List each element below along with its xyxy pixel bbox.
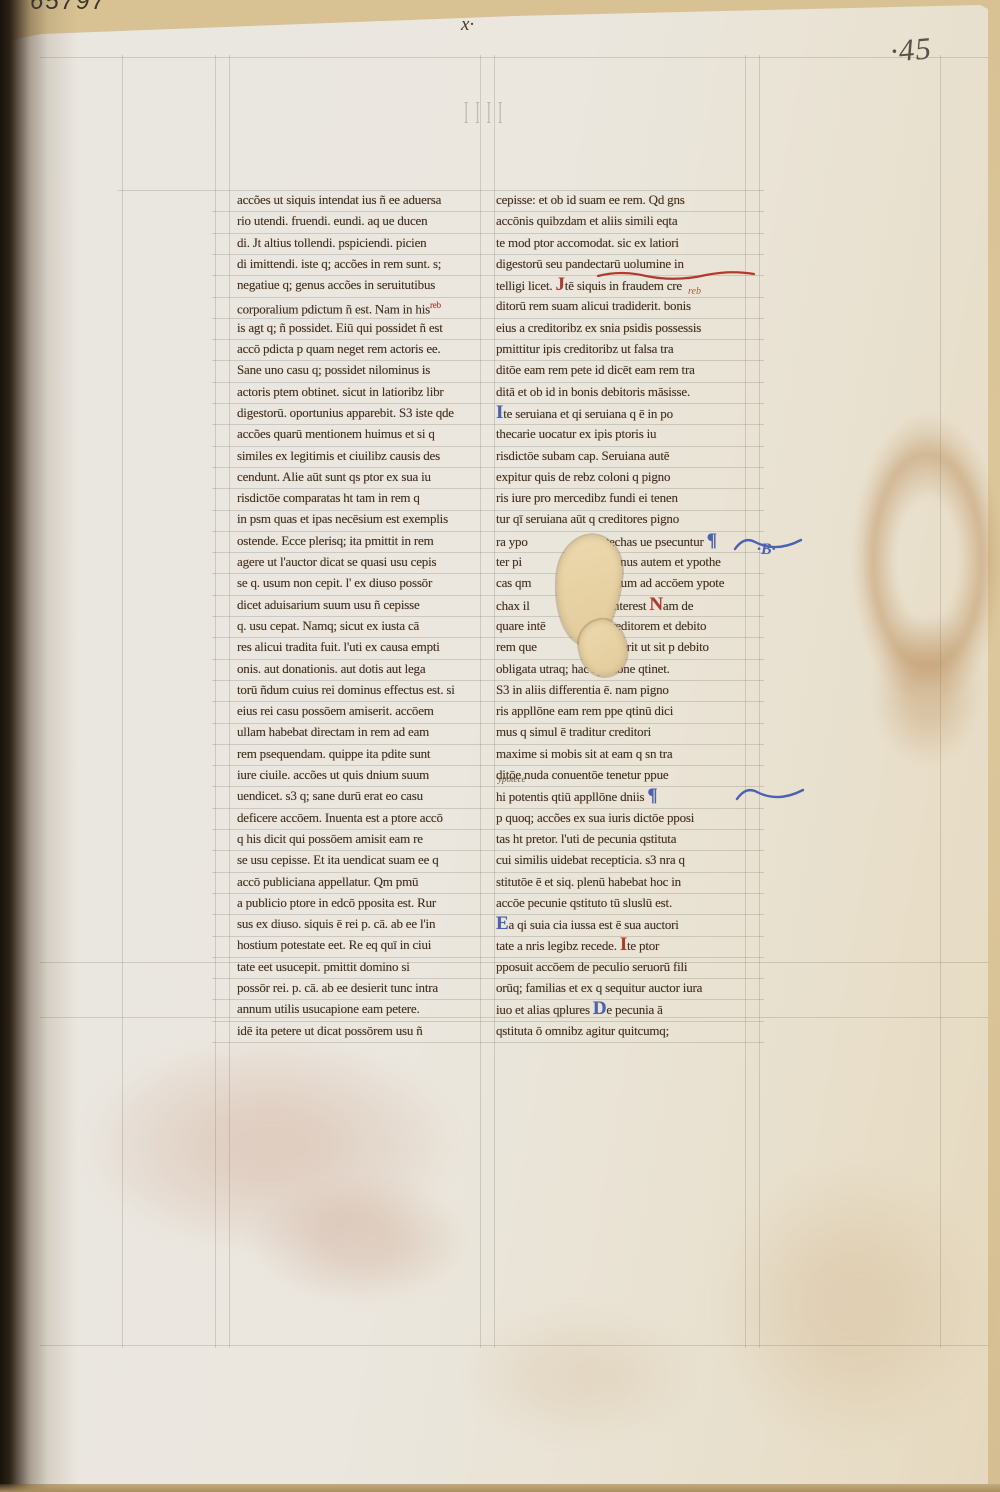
- text-line: possōr rei. p. cā. ab ee desierit tunc i…: [237, 977, 485, 998]
- text-line: hostium potestate eet. Re eq quī in ciui: [237, 934, 485, 955]
- text-line: tate eet usucepit. pmittit domino si: [237, 956, 485, 977]
- quire-number: IIII: [464, 94, 509, 132]
- text-line: idē ita petere ut dicat possōrem usu ñ: [237, 1020, 485, 1041]
- text-line: thecarie uocatur ex ipis ptoris iu: [496, 423, 752, 444]
- text-line: accōnis quibzdam et aliis simili eqta: [496, 210, 752, 231]
- text-line: expitur quis de rebz coloni q pigno: [496, 466, 752, 487]
- text-line: negatiue q; genus accões in seruitutibus: [237, 274, 485, 295]
- text-line: eius a creditoribz ex snia psidis posses…: [496, 317, 752, 338]
- text-line: in psm quas et ipas necēsium est exempli…: [237, 508, 485, 529]
- text-line: torū ñdum cuius rei dominus effectus est…: [237, 679, 485, 700]
- text-line: accōe pecunie qstituto tū sluslū est.: [496, 892, 752, 913]
- text-line: pmittitur ipis creditoribz ut falsa tra: [496, 338, 752, 359]
- rule-line: [40, 1345, 988, 1346]
- text-line: deficere accōem. Inuenta est a ptore acc…: [237, 807, 485, 828]
- text-line: Sane uno casu q; possidet nilominus is: [237, 359, 485, 380]
- text-line: risdictōe comparatas ht tam in rem q: [237, 487, 485, 508]
- text-line: di imittendi. iste q; accões in rem sunt…: [237, 253, 485, 274]
- text-line: qstituta ō omnibz agitur quitcumq;: [496, 1020, 752, 1041]
- rule-line: [122, 55, 123, 1348]
- text-line: se usu cepisse. Et ita uendicat suam ee …: [237, 849, 485, 870]
- text-line: mus q simul ē traditur creditori: [496, 721, 752, 742]
- text-line: S3 in aliis differentia ē. nam pigno: [496, 679, 752, 700]
- text-line: hi potentis qtiū appllōne dniis ¶: [496, 785, 752, 806]
- text-line: eius rei casu possōem amiserit. accōem: [237, 700, 485, 721]
- text-line: cui similis uidebat recepticia. s3 nra q: [496, 849, 752, 870]
- quire-mark: x·: [461, 14, 474, 36]
- text-line: risdictōe subam cap. Seruiana autē: [496, 445, 752, 466]
- folio-number: ·45: [889, 30, 934, 70]
- page-bottom-edge: [0, 1484, 1000, 1492]
- text-line: iure ciuile. accões ut quis dnium suum: [237, 764, 485, 785]
- text-line: ditā et ob id in bonis debitoris māsisse…: [496, 381, 752, 402]
- blue-paraph-flourish: [732, 534, 804, 556]
- text-line: q his dicit qui possōem amisit eam re: [237, 828, 485, 849]
- text-line: ris iure pro mercedibz fundi ei tenen: [496, 487, 752, 508]
- text-line: te mod ptor accomodat. sic ex latiori: [496, 232, 752, 253]
- text-line: cas qmtum ad accōem ypote: [496, 572, 752, 593]
- text-line: accões ut siquis intendat ius ñ ee aduer…: [237, 189, 485, 210]
- text-line: dicet aduisarium suum usu ñ cepisse: [237, 594, 485, 615]
- text-line: ter pignus autem et ypothe: [496, 551, 752, 572]
- text-line: res alicui tradita fuit. l'uti ex causa …: [237, 636, 485, 657]
- text-line: uendicet. s3 q; sane durū erat eo casu: [237, 785, 485, 806]
- text-line: ostende. Ecce plerisq; ita pmittit in re…: [237, 530, 485, 551]
- text-line: sus ex diuso. siquis ē rei p. cā. ab ee …: [237, 913, 485, 934]
- text-line: a publicio ptore in edcō pposita est. Ru…: [237, 892, 485, 913]
- correction-note: reb: [688, 286, 701, 297]
- rule-line: [118, 190, 212, 191]
- text-line: digestorū. oportunius apparebit. S3 iste…: [237, 402, 485, 423]
- text-line: iuo et alias qplures De pecunia ā: [496, 998, 752, 1019]
- text-line: actoris ptem obtinet. sicut in latioribz…: [237, 381, 485, 402]
- text-line: maxime si mobis sit at eam q sn tra: [496, 743, 752, 764]
- text-line: accões quarū mentionem huimus et si q: [237, 423, 485, 444]
- text-line: rio utendi. fruendi. eundi. aq ue ducen: [237, 210, 485, 231]
- text-line: p quoq; accões ex sua iuris dictōe pposi: [496, 807, 752, 828]
- text-line: ditōe eam rem pete id dicēt eam rem tra: [496, 359, 752, 380]
- rule-line: [40, 57, 988, 58]
- binding-gutter-shadow: [0, 0, 78, 1492]
- text-line: Ea qi suia cia iussa est ē sua auctori: [496, 913, 752, 934]
- blue-paraph-flourish: [734, 784, 806, 806]
- text-line: similes ex legitimis et ciuilibz causis …: [237, 445, 485, 466]
- text-line: stitutōe ē et siq. plenū habebat hoc in: [496, 871, 752, 892]
- text-line: cendunt. Alie aūt sunt qs ptor ex sua iu: [237, 466, 485, 487]
- text-line: quare intēcreditorem et debito: [496, 615, 752, 636]
- text-line: ullam habebat directam in rem ad eam: [237, 721, 485, 742]
- text-line: tur qī seruiana aūt q creditores pigno: [496, 508, 752, 529]
- rule-line: [212, 1042, 764, 1043]
- text-line: ra ypotechas ue psecuntur ¶: [496, 530, 752, 551]
- shelfmark: 65797: [30, 0, 107, 16]
- text-line: is agt q; ñ possidet. Eiū qui possidet ñ…: [237, 317, 485, 338]
- text-line: tas ht pretor. l'uti de pecunia qstituta: [496, 828, 752, 849]
- text-line: se q. usum non cepit. l' ex diuso possōr: [237, 572, 485, 593]
- text-line: tate a nris legibz recede. Ite ptor: [496, 934, 752, 955]
- text-line: cepisse: et ob id suam ee rem. Qd gns: [496, 189, 752, 210]
- text-line: onis. aut donationis. aut dotis aut lega: [237, 658, 485, 679]
- text-line: accō pdicta p quam neget rem actoris ee.: [237, 338, 485, 359]
- text-line: chax ilinterest Nam de: [496, 594, 752, 615]
- text-line: annum utilis usucapione eam petere.: [237, 998, 485, 1019]
- text-line: agere ut l'auctor dicat se quasi usu cep…: [237, 551, 485, 572]
- text-line: orūq; familias et ex q sequitur auctor i…: [496, 977, 752, 998]
- text-line: ditorū rem suam alicui tradiderit. bonis: [496, 295, 752, 316]
- text-line: ris appllōne eam rem ppe qtinū dici: [496, 700, 752, 721]
- manuscript-photo: { "page": { "shelfmark": "65797", "quire…: [0, 0, 1000, 1492]
- text-column-left: accões ut siquis intendat ius ñ ee aduer…: [237, 189, 485, 1041]
- parchment-page: [2, 0, 988, 1484]
- text-column-right: cepisse: et ob id suam ee rem. Qd gnsacc…: [496, 189, 752, 1041]
- interlinear-gloss: ypotece: [498, 774, 525, 784]
- text-line: accō publiciana appellatur. Qm pmū: [237, 871, 485, 892]
- text-line: rem psequendam. quippe ita pdite sunt: [237, 743, 485, 764]
- text-line: q. usu cepat. Namq; sicut ex iusta cā: [237, 615, 485, 636]
- text-line: di. Jt altius tollendi. pspiciendi. pici…: [237, 232, 485, 253]
- text-line: pposuit accōem de peculio seruorū fili: [496, 956, 752, 977]
- text-line: corporalium pdictum ñ est. Nam in hisreb: [237, 295, 485, 316]
- text-line: Ite seruiana et qi seruiana q ē in po: [496, 402, 752, 423]
- text-line: ditōe nuda conuentōe tenetur ppue: [496, 764, 752, 785]
- red-flourish: [596, 268, 756, 282]
- rule-line: [940, 55, 941, 1348]
